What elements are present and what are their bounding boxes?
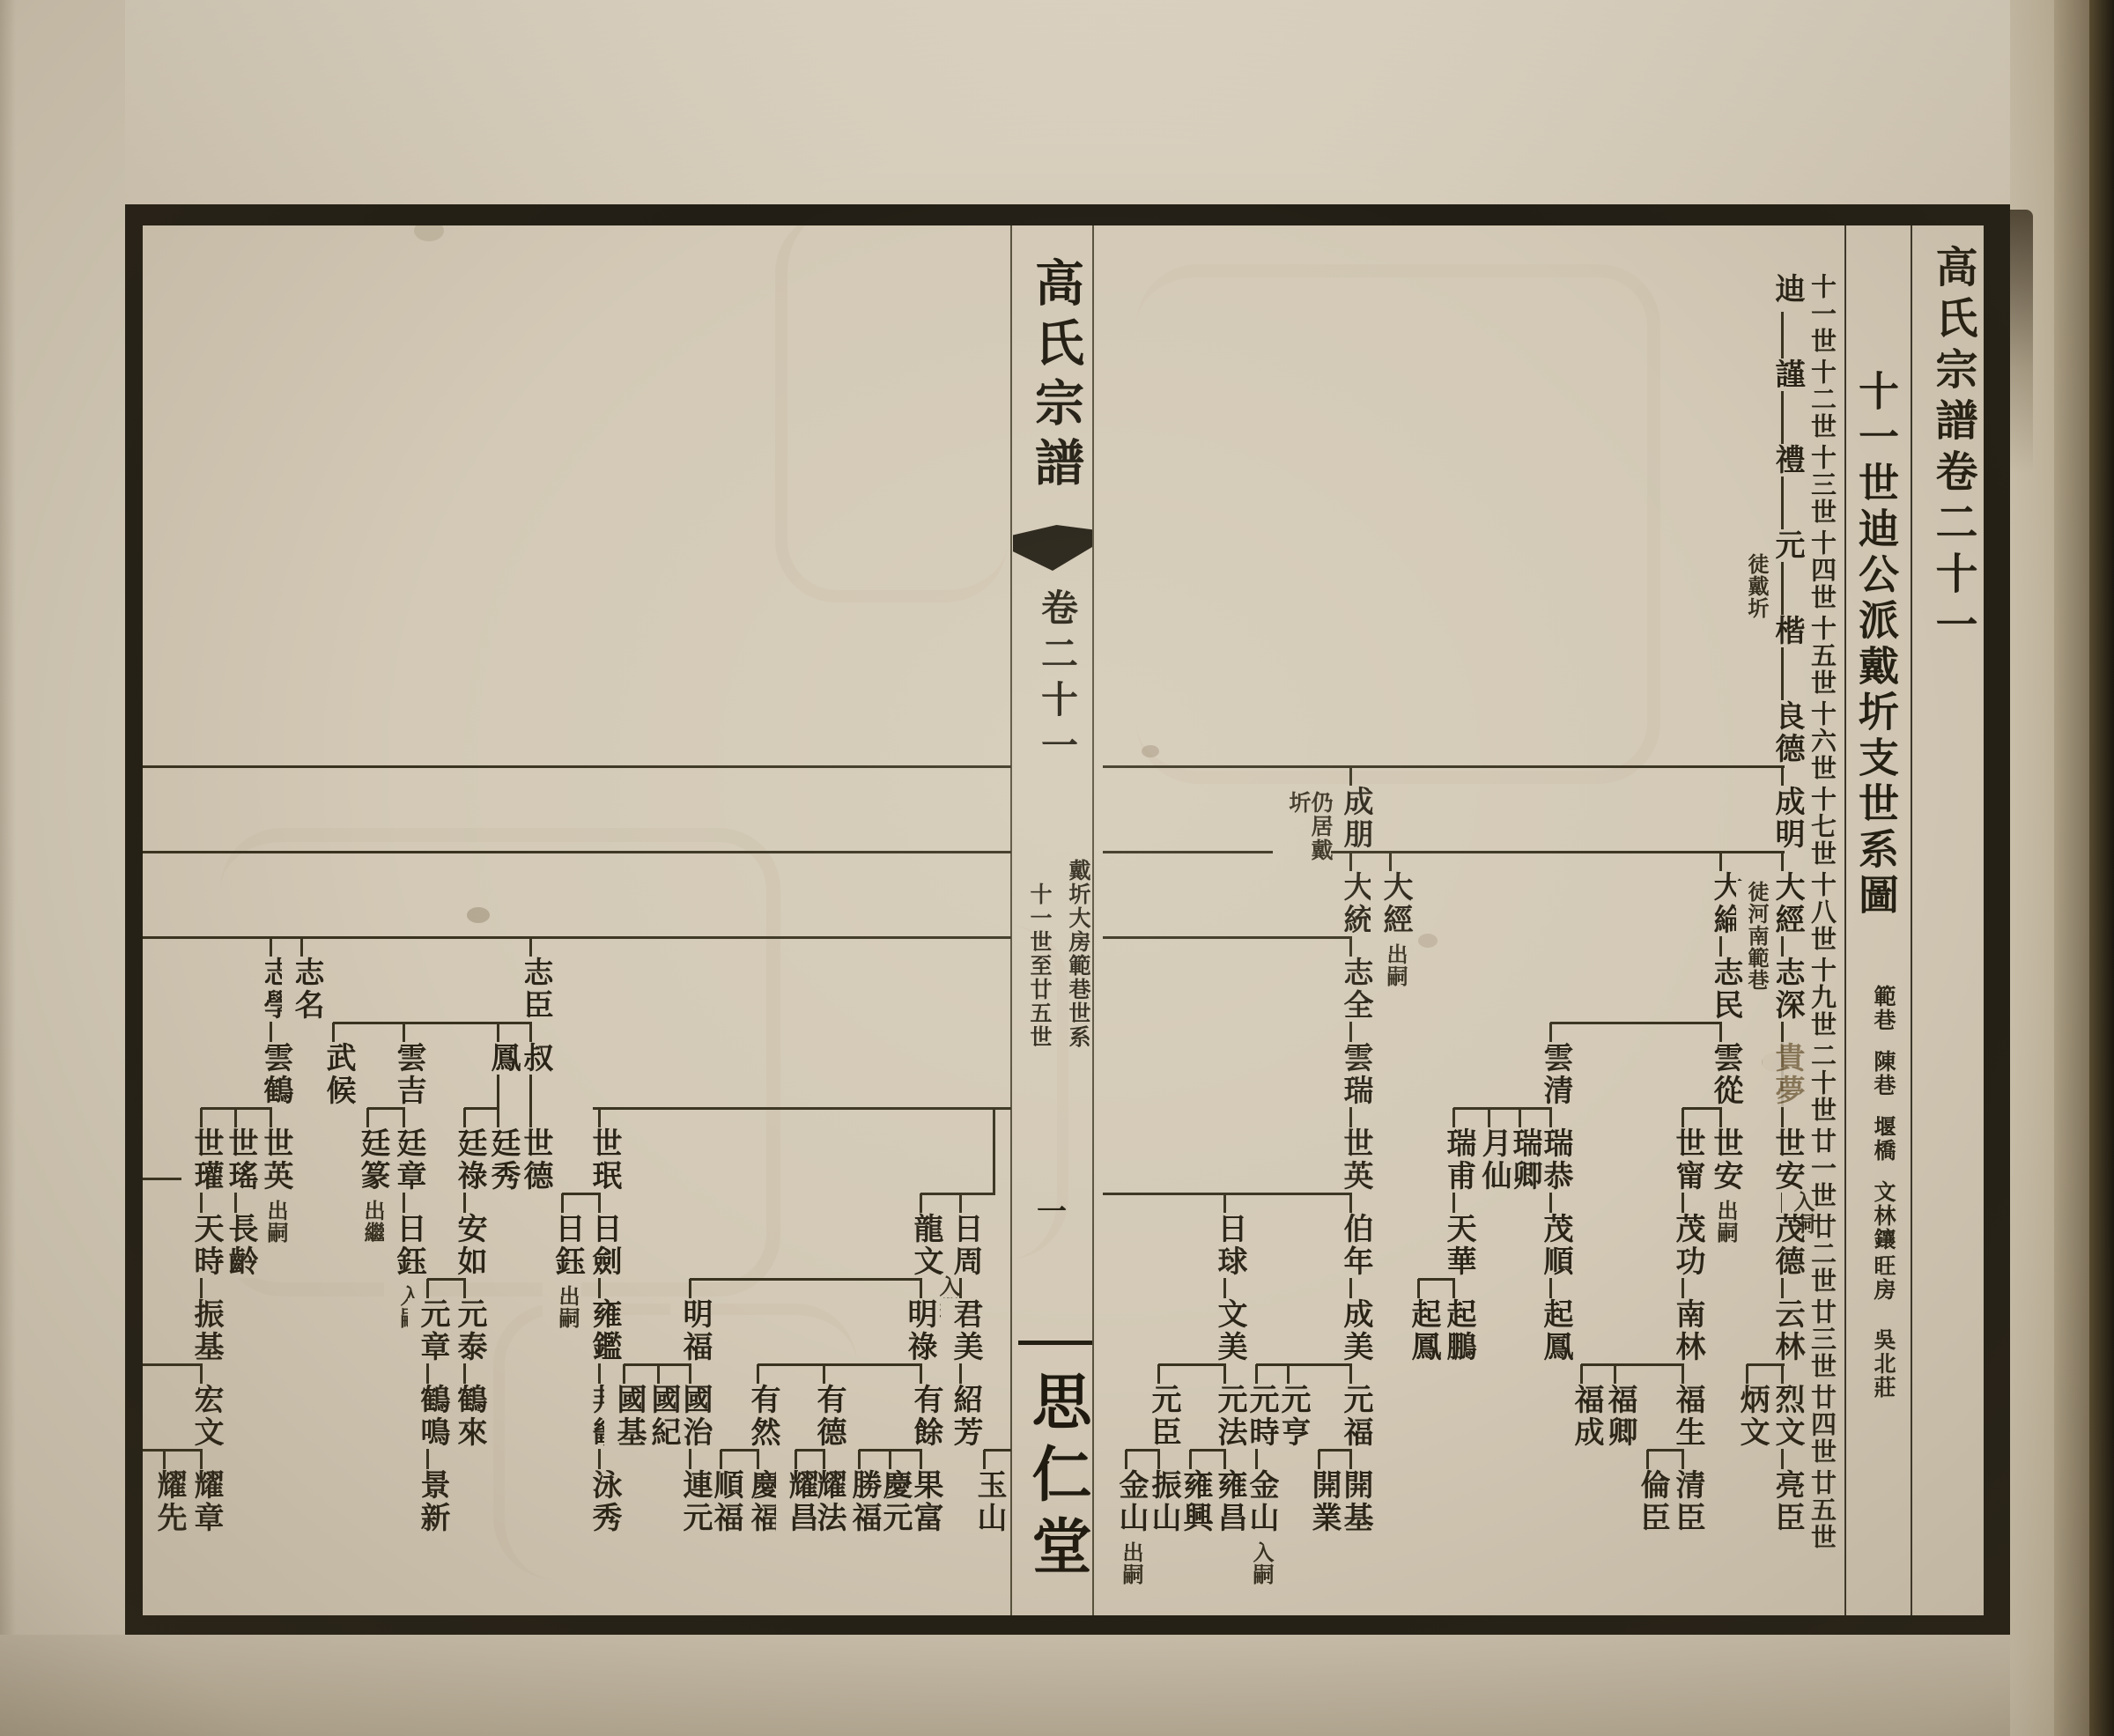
person-name: 廷章 bbox=[384, 1127, 423, 1193]
person-name: 有然 bbox=[738, 1384, 777, 1449]
descent-line bbox=[1103, 851, 1785, 853]
descent-line bbox=[1581, 1363, 1684, 1366]
person-name: 元法 bbox=[1205, 1384, 1244, 1449]
person-name: 茂功 bbox=[1663, 1213, 1702, 1278]
generation-label: 十一世 bbox=[1799, 273, 1834, 355]
person-name: 志全 bbox=[1331, 957, 1370, 1022]
person-name: 龍文 bbox=[901, 1213, 940, 1278]
person-name: 伯年 bbox=[1331, 1213, 1370, 1278]
person-name: 雲從 bbox=[1701, 1042, 1740, 1107]
generation-label: 十六世 bbox=[1799, 700, 1834, 782]
person-name: 云林 bbox=[1763, 1298, 1801, 1363]
descent-line bbox=[984, 1449, 1011, 1452]
descent-line bbox=[721, 1449, 759, 1452]
generation-label: 十三世 bbox=[1799, 444, 1834, 526]
person-name: 南林 bbox=[1663, 1298, 1702, 1363]
spine-volume-number: 卷二十一 bbox=[1032, 588, 1075, 772]
person-name: 鳳 bbox=[478, 1042, 517, 1075]
person-name: 明祿 bbox=[895, 1298, 934, 1363]
descent-line bbox=[1158, 1363, 1226, 1366]
person-name: 日鈺出嗣 bbox=[543, 1213, 581, 1329]
spine-border-left bbox=[1010, 225, 1012, 1615]
person-name: 世瓘 bbox=[181, 1127, 220, 1193]
person-name: 天華 bbox=[1434, 1213, 1473, 1278]
generation-label: 廿三世 bbox=[1799, 1298, 1834, 1380]
branch-location-label: 吳北莊 bbox=[1866, 1328, 1894, 1400]
person-name: 亮臣 bbox=[1763, 1469, 1801, 1534]
person-name: 起鵬 bbox=[1434, 1298, 1473, 1363]
person-name: 世英出嗣 bbox=[251, 1127, 290, 1244]
person-name: 文美 bbox=[1205, 1298, 1244, 1363]
person-name: 鶴鳴 bbox=[408, 1384, 447, 1449]
person-name: 大經 bbox=[1763, 871, 1801, 936]
descent-line bbox=[1103, 1193, 1352, 1195]
person-name: 紹芳 bbox=[941, 1384, 979, 1449]
person-name: 慶福 bbox=[738, 1469, 777, 1534]
person-name: 元福 bbox=[1331, 1384, 1370, 1449]
person-name: 謹 bbox=[1763, 358, 1801, 391]
person-name: 世珉 bbox=[580, 1127, 618, 1193]
descent-line bbox=[690, 1278, 922, 1281]
person-name: 大經出嗣 bbox=[1371, 871, 1409, 987]
person-name: 金山出嗣 bbox=[1106, 1469, 1145, 1585]
person-name: 志深 bbox=[1763, 957, 1801, 1022]
adoption-note: 出嗣 bbox=[1119, 1541, 1142, 1585]
person-name: 楷 bbox=[1763, 615, 1801, 647]
descent-line bbox=[1256, 1363, 1352, 1366]
person-name: 良德 bbox=[1763, 700, 1801, 765]
person-name: 禮 bbox=[1763, 444, 1801, 476]
person-name: 日劍 bbox=[580, 1213, 618, 1278]
descent-line bbox=[758, 1363, 922, 1366]
person-name: 世安出嗣 bbox=[1701, 1127, 1740, 1244]
person-name: 世安 bbox=[1763, 1127, 1801, 1193]
spine-book-title: 高氏宗譜 bbox=[1024, 257, 1080, 497]
descent-line bbox=[143, 851, 1011, 853]
person-name: 世英 bbox=[1331, 1127, 1370, 1193]
descent-line bbox=[1190, 1449, 1226, 1452]
person-name: 迪 bbox=[1763, 273, 1801, 306]
adoption-note: 出嗣 bbox=[555, 1285, 578, 1329]
scan-top-margin bbox=[0, 0, 2114, 204]
adoption-note: 出嗣 bbox=[1383, 943, 1406, 987]
person-name: 君美 bbox=[941, 1298, 979, 1363]
person-name: 起鳳 bbox=[1531, 1298, 1570, 1363]
book-title-column: 高氏宗譜卷二十一 bbox=[1926, 245, 1973, 654]
annotation-note: 仍居戴圻 bbox=[1273, 791, 1331, 867]
descent-line bbox=[920, 1193, 995, 1195]
person-name: 福成 bbox=[1562, 1384, 1600, 1449]
person-name: 天時 bbox=[181, 1213, 220, 1278]
branch-location-label: 範巷 bbox=[1866, 985, 1894, 1032]
generation-label: 廿四世 bbox=[1799, 1384, 1834, 1466]
person-name: 元泰 bbox=[445, 1298, 484, 1363]
person-name: 炳文 bbox=[1727, 1384, 1766, 1449]
person-name: 開業 bbox=[1299, 1469, 1338, 1534]
spine-hall-name: 思仁堂 bbox=[1020, 1370, 1087, 1587]
adoption-note: 出繼 bbox=[360, 1200, 383, 1244]
person-name: 廷篆出繼 bbox=[348, 1127, 387, 1244]
person-name: 有餘 bbox=[901, 1384, 940, 1449]
descent-line bbox=[1418, 1278, 1455, 1281]
person-name: 雲吉 bbox=[384, 1042, 423, 1107]
generation-label: 二十世 bbox=[1799, 1042, 1834, 1124]
branch-location-label: 旺房 bbox=[1866, 1254, 1894, 1302]
descent-line bbox=[1550, 1022, 1722, 1024]
person-name: 元 bbox=[1763, 529, 1801, 562]
descent-line bbox=[1647, 1449, 1684, 1452]
person-name: 安如 bbox=[445, 1213, 484, 1278]
person-name: 明福 bbox=[670, 1298, 709, 1363]
descent-line bbox=[1103, 936, 1352, 939]
person-name: 日球 bbox=[1205, 1213, 1244, 1278]
descent-line bbox=[143, 1363, 203, 1366]
person-name: 振基 bbox=[181, 1298, 220, 1363]
spine-border-right bbox=[1092, 225, 1094, 1615]
person-name: 月仙 bbox=[1469, 1127, 1508, 1193]
person-name: 宏文 bbox=[181, 1384, 220, 1449]
person-name: 茂德 bbox=[1763, 1213, 1801, 1278]
branch-location-label: 文林鑲 bbox=[1866, 1180, 1894, 1252]
person-name: 耀章 bbox=[181, 1469, 220, 1534]
generation-label: 十八世 bbox=[1799, 871, 1834, 953]
person-name: 烈文 bbox=[1763, 1384, 1801, 1449]
scanned-genealogy-page: 高氏宗譜 卷二十一 戴圻大房範巷世系 十一世至廿五世 一 思仁堂 十一世迪公派戴… bbox=[0, 0, 2114, 1736]
person-name: 勝福 bbox=[839, 1469, 878, 1534]
adoption-note: 出嗣 bbox=[1713, 1200, 1736, 1244]
person-name: 雲清 bbox=[1531, 1042, 1570, 1107]
person-name: 元臣 bbox=[1139, 1384, 1178, 1449]
person-name: 泳秀 bbox=[580, 1469, 618, 1534]
descent-line bbox=[143, 1449, 203, 1452]
person-name: 雍鑑 bbox=[580, 1298, 618, 1363]
descent-line bbox=[795, 1449, 825, 1452]
person-name: 清臣 bbox=[1663, 1469, 1702, 1534]
person-name: 景新 bbox=[408, 1469, 447, 1534]
person-name: 志名 bbox=[282, 957, 321, 1022]
book-gutter-shadow bbox=[2054, 0, 2089, 1736]
branch-location-label: 陳巷 bbox=[1866, 1050, 1894, 1097]
descent-line bbox=[1126, 1449, 1160, 1452]
descent-line bbox=[562, 1193, 601, 1195]
person-name: 福生 bbox=[1663, 1384, 1702, 1449]
adoption-note: 出嗣 bbox=[263, 1200, 286, 1244]
person-name: 元章 bbox=[408, 1298, 447, 1363]
descent-line bbox=[1103, 765, 1785, 768]
descent-line bbox=[593, 1107, 1011, 1110]
person-name: 武候 bbox=[314, 1042, 352, 1107]
descent-line bbox=[993, 1108, 995, 1195]
branch-location-label: 堰橋 bbox=[1866, 1115, 1894, 1163]
chart-main-title: 十一世迪公派戴圻支世系圖 bbox=[1846, 370, 1896, 920]
person-name: 成美 bbox=[1331, 1298, 1370, 1363]
person-name: 茂順 bbox=[1531, 1213, 1570, 1278]
descent-line bbox=[427, 1278, 466, 1281]
spine-series-note: 戴圻大房範巷世系 bbox=[1064, 859, 1089, 1049]
descent-line bbox=[1453, 1107, 1552, 1110]
descent-line bbox=[1319, 1449, 1352, 1452]
person-name: 鶴來 bbox=[445, 1384, 484, 1449]
person-name: 耀先 bbox=[144, 1469, 183, 1534]
scan-left-margin bbox=[0, 0, 125, 1736]
descent-line bbox=[1682, 1107, 1722, 1110]
descent-line bbox=[367, 1107, 405, 1110]
descent-line bbox=[464, 1107, 499, 1110]
person-name: 廷祿 bbox=[445, 1127, 484, 1193]
person-name: 玉山 bbox=[965, 1469, 1003, 1534]
adoption-note: 入嗣 bbox=[1249, 1541, 1272, 1585]
person-name: 成朋 bbox=[1331, 786, 1370, 851]
person-name: 成明 bbox=[1763, 786, 1801, 851]
spine-generation-range: 十一世至廿五世 bbox=[1025, 883, 1050, 1049]
generation-label: 十五世 bbox=[1799, 615, 1834, 697]
column-rule bbox=[1911, 225, 1912, 1615]
person-name: 國基 bbox=[604, 1384, 643, 1449]
book-edge-dark-band bbox=[2089, 0, 2114, 1736]
descent-line bbox=[143, 936, 1011, 939]
descent-line bbox=[497, 1023, 499, 1133]
descent-line bbox=[1747, 1363, 1785, 1366]
person-name: 大綸 bbox=[1701, 871, 1740, 936]
person-name: 雲鶴 bbox=[251, 1042, 290, 1107]
person-name: 有德 bbox=[804, 1384, 843, 1449]
person-name: 日周 bbox=[941, 1213, 979, 1278]
person-name: 大統 bbox=[1331, 871, 1370, 936]
scan-bottom-margin bbox=[0, 1635, 2114, 1736]
person-name: 起鳳 bbox=[1399, 1298, 1438, 1363]
generation-label: 廿五世 bbox=[1799, 1469, 1834, 1551]
person-name: 志民 bbox=[1701, 957, 1740, 1022]
generation-label: 十二世 bbox=[1799, 358, 1834, 440]
person-name: 貴夢 bbox=[1763, 1042, 1801, 1107]
person-name: 連元 bbox=[670, 1469, 709, 1534]
person-name: 雲瑞 bbox=[1331, 1042, 1370, 1107]
generation-label: 十七世 bbox=[1799, 786, 1834, 868]
person-name: 瑞甫 bbox=[1434, 1127, 1473, 1193]
person-name: 世甯 bbox=[1663, 1127, 1702, 1193]
spine-separator bbox=[1018, 1341, 1092, 1345]
person-name: 志臣 bbox=[511, 957, 550, 1022]
generation-label: 十四世 bbox=[1799, 529, 1834, 611]
generation-label: 十九世 bbox=[1799, 957, 1834, 1038]
person-name: 耀昌 bbox=[776, 1469, 815, 1534]
descent-line bbox=[333, 1022, 532, 1024]
descent-line bbox=[143, 765, 1011, 768]
person-name: 倫臣 bbox=[1628, 1469, 1667, 1534]
annotation-note: 徒戴圻 bbox=[1736, 553, 1766, 619]
spine-page-number: 一 bbox=[1031, 1187, 1073, 1230]
